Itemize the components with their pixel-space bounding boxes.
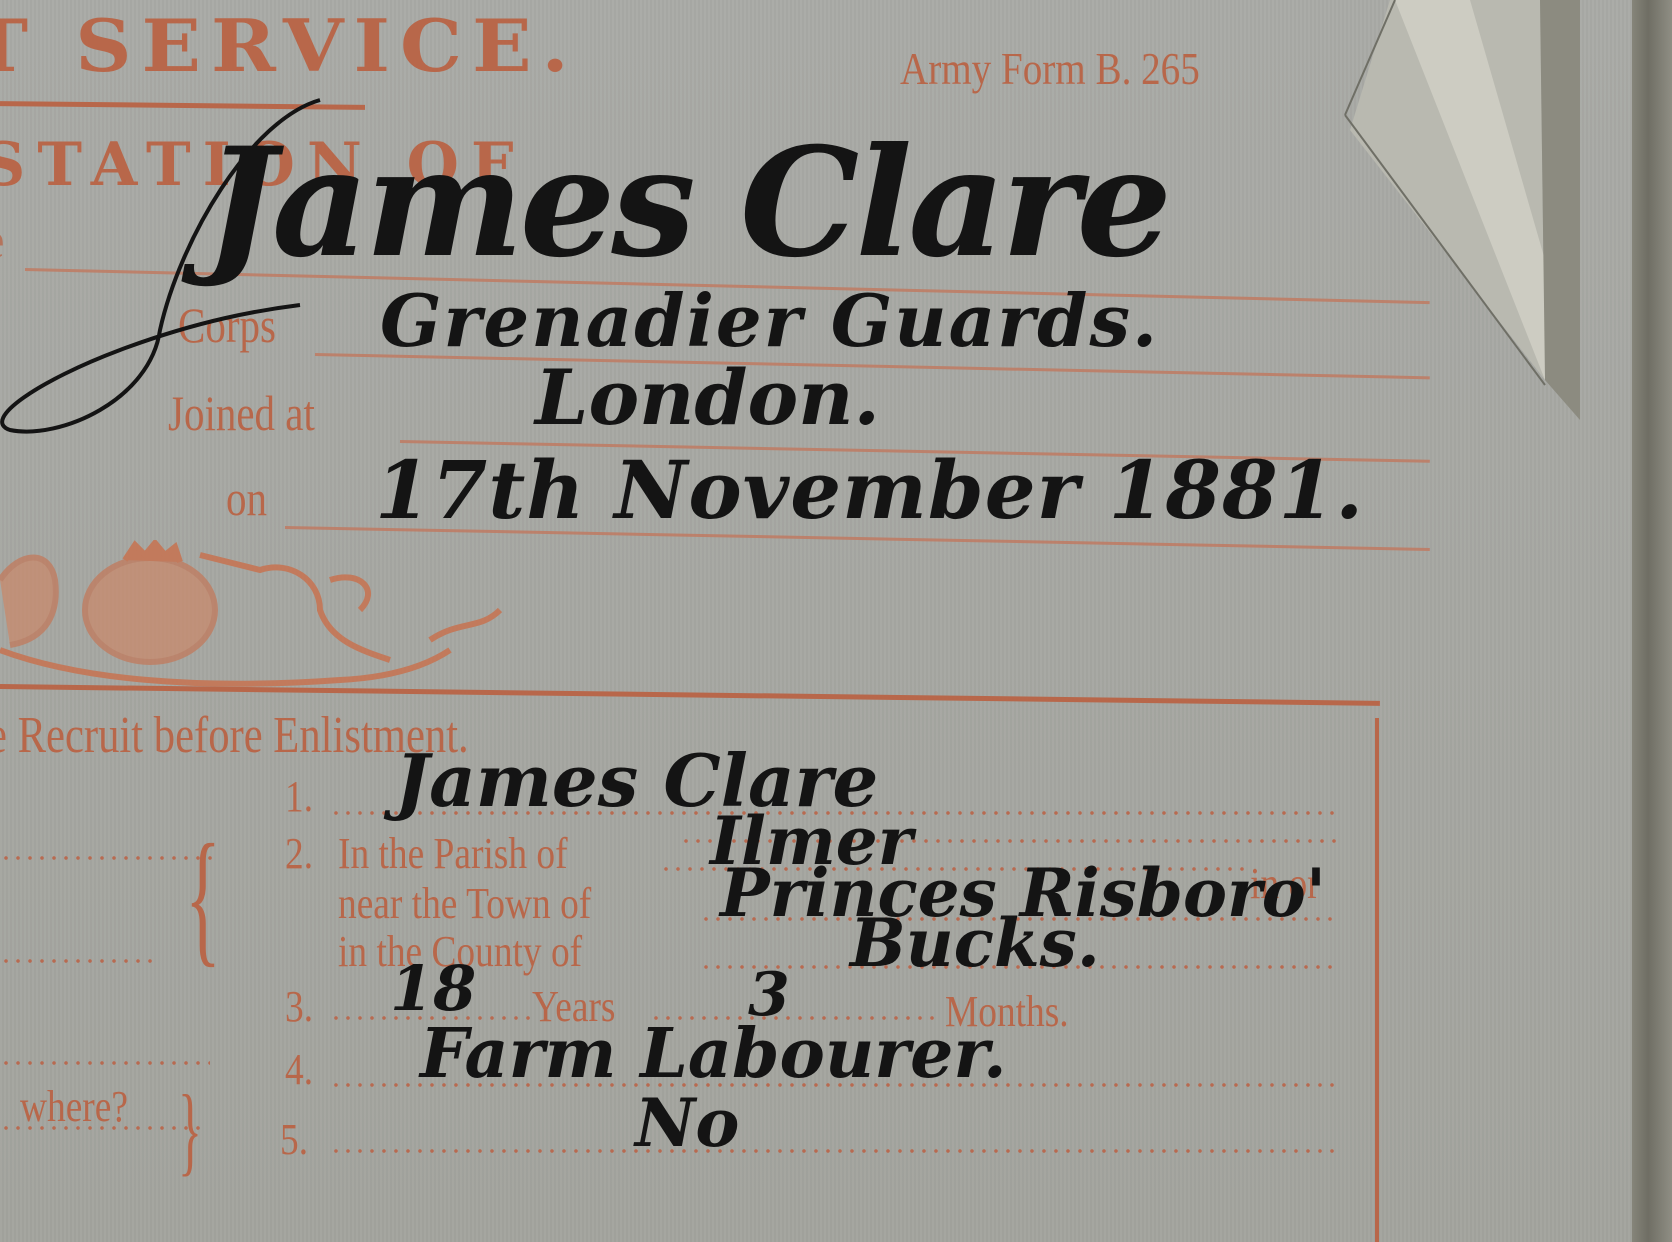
q5-dots [330,1148,1340,1154]
name-value: James Clare [205,128,1168,278]
q2-number: 2. [285,832,313,876]
page-edge-shadow [1632,0,1672,1242]
form-title: T SERVICE. [0,11,579,83]
form-number: Army Form B. 265 [900,46,1200,92]
left-dots-3 [0,1060,210,1066]
left-dots-1 [0,855,215,861]
q1-number: 1. [285,775,313,819]
left-dots-2 [0,958,160,964]
q3-years-answer: 18 [390,958,476,1020]
royal-crest-icon [0,540,520,700]
q2-county-answer: Bucks. [850,910,1100,976]
section-box-right [1375,718,1379,1242]
q5-answer: No [635,1090,739,1156]
q2-parish-label: In the Parish of [338,832,568,876]
q2-town-label: near the Town of [338,882,591,926]
q4-answer: Farm Labourer. [420,1020,1007,1088]
brace-where: } [178,1080,202,1180]
q5-number: 5. [280,1118,308,1162]
brace-parish: { [185,822,221,972]
q4-number: 4. [285,1048,313,1092]
where-label: where? [20,1085,128,1129]
date-value: 17th November 1881. [375,450,1364,530]
on-label: on [226,473,267,523]
corps-value: Grenadier Guards. [380,285,1159,357]
joined-at-value: London. [535,360,880,436]
q3-number: 3. [285,985,313,1029]
